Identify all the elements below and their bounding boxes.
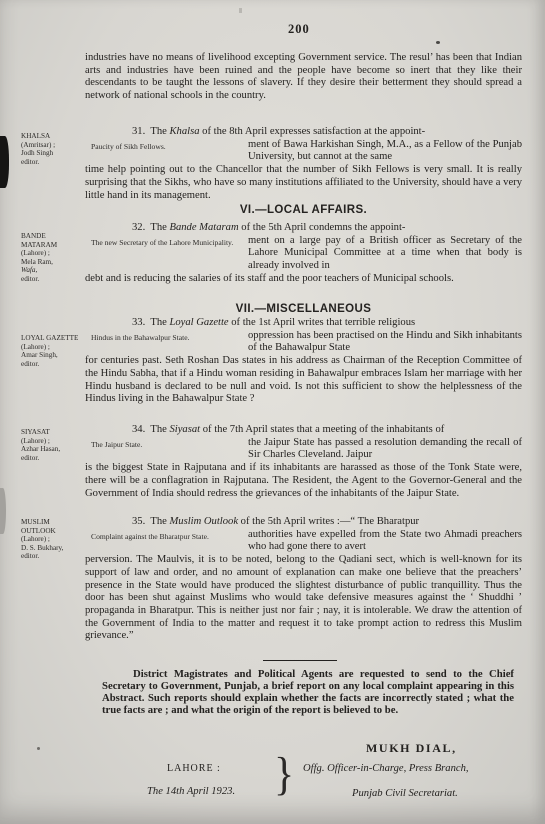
signature-name: MUKH DIAL, — [366, 741, 457, 756]
paragraph-head: 35. The Muslim Outlook of the 5th April … — [85, 516, 522, 529]
margin-label-muslim-outlook: MUSLIMOUTLOOK(Lahore) ;D. S. Bukhary,edi… — [21, 518, 81, 561]
section-heading-miscellaneous: VII.—MISCELLANEOUS — [85, 303, 522, 315]
side-note: Hindus in the Bahawalpur State. — [85, 330, 248, 342]
scan-artifact — [37, 747, 40, 750]
scan-artifact — [0, 136, 9, 188]
side-note: Complaint against the Bharatpur State. — [85, 529, 248, 541]
paragraph-32: BANDEMATARAM(Lahore) ;Mela Ram,Wafa,edit… — [85, 222, 522, 286]
paragraph-33: LOYAL GAZETTE(Lahore) ;Amar Singh,editor… — [85, 317, 522, 406]
signature-office-line1: Offg. Officer-in-Charge, Press Branch, — [303, 763, 469, 774]
paragraph-31: KHALSA(Amritsar) ;Jodh Singheditor. 31. … — [85, 126, 522, 202]
paragraph-rest: perversion. The Maulvis, it is to be not… — [85, 554, 522, 643]
signature-date: The 14th April 1923. — [147, 786, 235, 797]
footer-notice: District Magistrates and Political Agent… — [102, 669, 514, 717]
brace-glyph: } — [274, 746, 294, 804]
paragraph-beside-text: ment on a large pay of a British officer… — [248, 235, 522, 273]
paragraph-beside-text: oppression has been practised on the Hin… — [248, 330, 522, 355]
paragraph-beside-row: Complaint against the Bharatpur State. a… — [85, 529, 522, 554]
continuation-paragraph: industries have no means of livelihood e… — [85, 52, 522, 103]
margin-label-siyasat: SIYASAT(Lahore) ;Azhar Hasan,editor. — [21, 428, 81, 462]
scan-artifact — [239, 8, 242, 13]
paragraph-beside-row: Hindus in the Bahawalpur State. oppressi… — [85, 330, 522, 355]
signature-place: LAHORE : — [167, 763, 221, 774]
paragraph-rest: debt and is reducing the salaries of its… — [85, 273, 522, 286]
paragraph-beside-text: authorities have expelled from the State… — [248, 529, 522, 554]
paragraph-head: 32. The Bande Mataram of the 5th April c… — [85, 222, 522, 235]
paragraph-beside-text: the Jaipur State has passed a resolution… — [248, 437, 522, 462]
margin-label-loyal-gazette: LOYAL GAZETTE(Lahore) ;Amar Singh,editor… — [21, 334, 81, 368]
paragraph-34: SIYASAT(Lahore) ;Azhar Hasan,editor. 34.… — [85, 424, 522, 500]
side-note: The new Secretary of the Lahore Municipa… — [85, 235, 248, 247]
paragraph-head: 31. The Khalsa of the 8th April expresse… — [85, 126, 522, 139]
signature-office-line2: Punjab Civil Secretariat. — [352, 788, 458, 799]
side-note: The Jaipur State. — [85, 437, 248, 449]
paragraph-rest: for centuries past. Seth Roshan Das stat… — [85, 355, 522, 406]
margin-label-khalsa: KHALSA(Amritsar) ;Jodh Singheditor. — [21, 132, 81, 166]
scan-artifact — [436, 41, 440, 44]
page-number: 200 — [288, 22, 310, 37]
paragraph-head: 34. The Siyasat of the 7th April states … — [85, 424, 522, 437]
paragraph-beside-row: Paucity of Sikh Fellows. ment of Bawa Ha… — [85, 139, 522, 164]
paragraph-beside-row: The new Secretary of the Lahore Municipa… — [85, 235, 522, 273]
paragraph-head: 33. The Loyal Gazette of the 1st April w… — [85, 317, 522, 330]
paragraph-rest: time help pointing out to the Chancellor… — [85, 164, 522, 202]
scan-artifact — [0, 488, 6, 534]
paragraph-35: MUSLIMOUTLOOK(Lahore) ;D. S. Bukhary,edi… — [85, 516, 522, 643]
paragraph-beside-row: The Jaipur State. the Jaipur State has p… — [85, 437, 522, 462]
section-heading-local-affairs: VI.—LOCAL AFFAIRS. — [85, 204, 522, 216]
paragraph-beside-text: ment of Bawa Harkishan Singh, M.A., as a… — [248, 139, 522, 164]
paragraph-rest: is the biggest State in Rajputana and if… — [85, 462, 522, 500]
scanned-document-page: 200 industries have no means of liveliho… — [0, 0, 545, 824]
divider-rule — [263, 660, 337, 661]
margin-label-bande-mataram: BANDEMATARAM(Lahore) ;Mela Ram,Wafa,edit… — [21, 232, 81, 284]
side-note: Paucity of Sikh Fellows. — [85, 139, 248, 151]
